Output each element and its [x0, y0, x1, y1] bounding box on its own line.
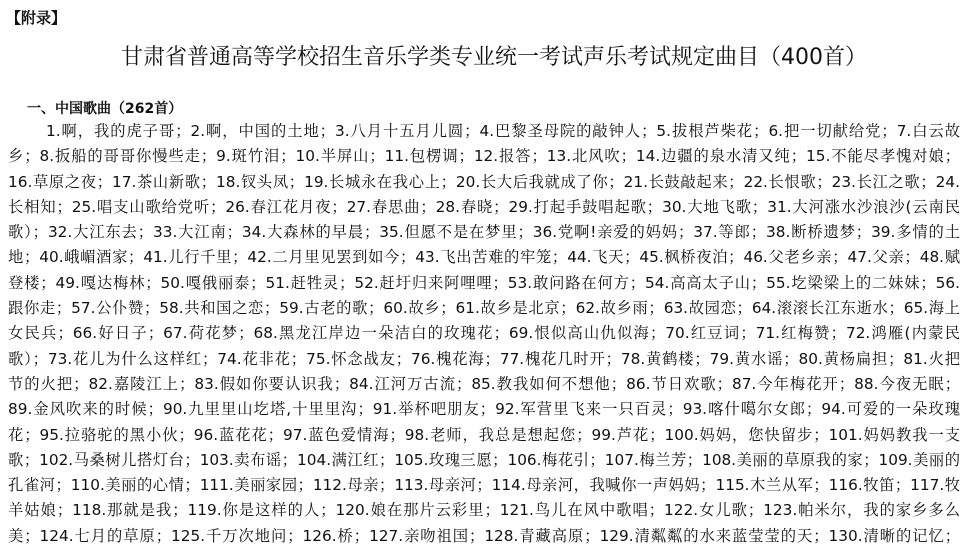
song-list-line: 歌）；32.大江东去；33.大江南；34.大森林的早晨；35.但愿不是在梦里；3…	[8, 220, 960, 245]
song-list-line: 登楼；49.嘎达梅林；50.嘎俄丽泰；51.赶牲灵；52.赶圩归来阿哩哩；53.…	[8, 271, 960, 296]
song-list-line: 长相知；25.唱支山歌给党听；26.春江花月夜；27.春思曲；28.春晓；29.…	[8, 195, 960, 220]
song-list-line: 89.金风吹来的时候；90.九里里山圪塔,十里里沟；91.举杯吧朋友；92.军营…	[8, 397, 960, 422]
song-list-line: 美；124.七月的草原；125.千万次地问；126.桥；127.亲吻祖国；128…	[8, 524, 960, 545]
song-list-line: 花；95.拉骆驼的黑小伙；96.蓝花花；97.蓝色爱情海；98.老师，我总是想起…	[8, 423, 960, 448]
song-list-line: 地；40.峨嵋酒家；41.儿行千里；42.二月里见罢到如今；43.飞出苦难的牢笼…	[8, 245, 960, 270]
song-list-line: 跟你走；57.公仆赞；58.共和国之恋；59.古老的歌；60.故乡；61.故乡是…	[8, 296, 960, 321]
song-list-line: 孔雀河；110.美丽的心情；111.美丽家园；112.母亲；113.母亲河；11…	[8, 473, 960, 498]
song-list-line: 节的火把；82.嘉陵江上；83.假如你要认识我；84.江河万古流；85.教我如何…	[8, 372, 960, 397]
song-list-paragraph: 1.啊，我的虎子哥；2.啊，中国的土地；3.八月十五月儿圆；4.巴黎圣母院的敲钟…	[8, 119, 960, 545]
appendix-tag: 【附录】	[6, 7, 66, 28]
song-list-line: 女民兵；66.好日子；67.荷花梦；68.黑龙江岸边一朵洁白的玫瑰花；69.恨似…	[8, 321, 960, 346]
song-list-line: 乡；8.扳船的哥哥你慢些走；9.斑竹泪；10.半屏山；11.包楞调；12.报答；…	[8, 144, 960, 169]
section-heading-chinese-songs: 一、中国歌曲（262首）	[27, 98, 182, 118]
document-title: 甘肃省普通高等学校招生音乐学类专业统一考试声乐考试规定曲目（400首）	[0, 40, 962, 71]
song-list-line: 16.草原之夜；17.茶山新歌；18.钗头凤；19.长城永在我心上；20.长大后…	[8, 170, 960, 195]
song-list-line: 1.啊，我的虎子哥；2.啊，中国的土地；3.八月十五月儿圆；4.巴黎圣母院的敲钟…	[8, 119, 960, 144]
song-list-line: 羊姑娘；118.那就是我；119.你是这样的人；120.娘在那片云彩里；121.…	[8, 498, 960, 523]
song-list-line: 歌；102.马桑树儿搭灯台；103.卖布谣；104.满江红；105.玫瑰三愿；1…	[8, 448, 960, 473]
song-list-line: 歌）；73.花儿为什么这样红；74.花非花；75.怀念战友；76.槐花海；77.…	[8, 347, 960, 372]
